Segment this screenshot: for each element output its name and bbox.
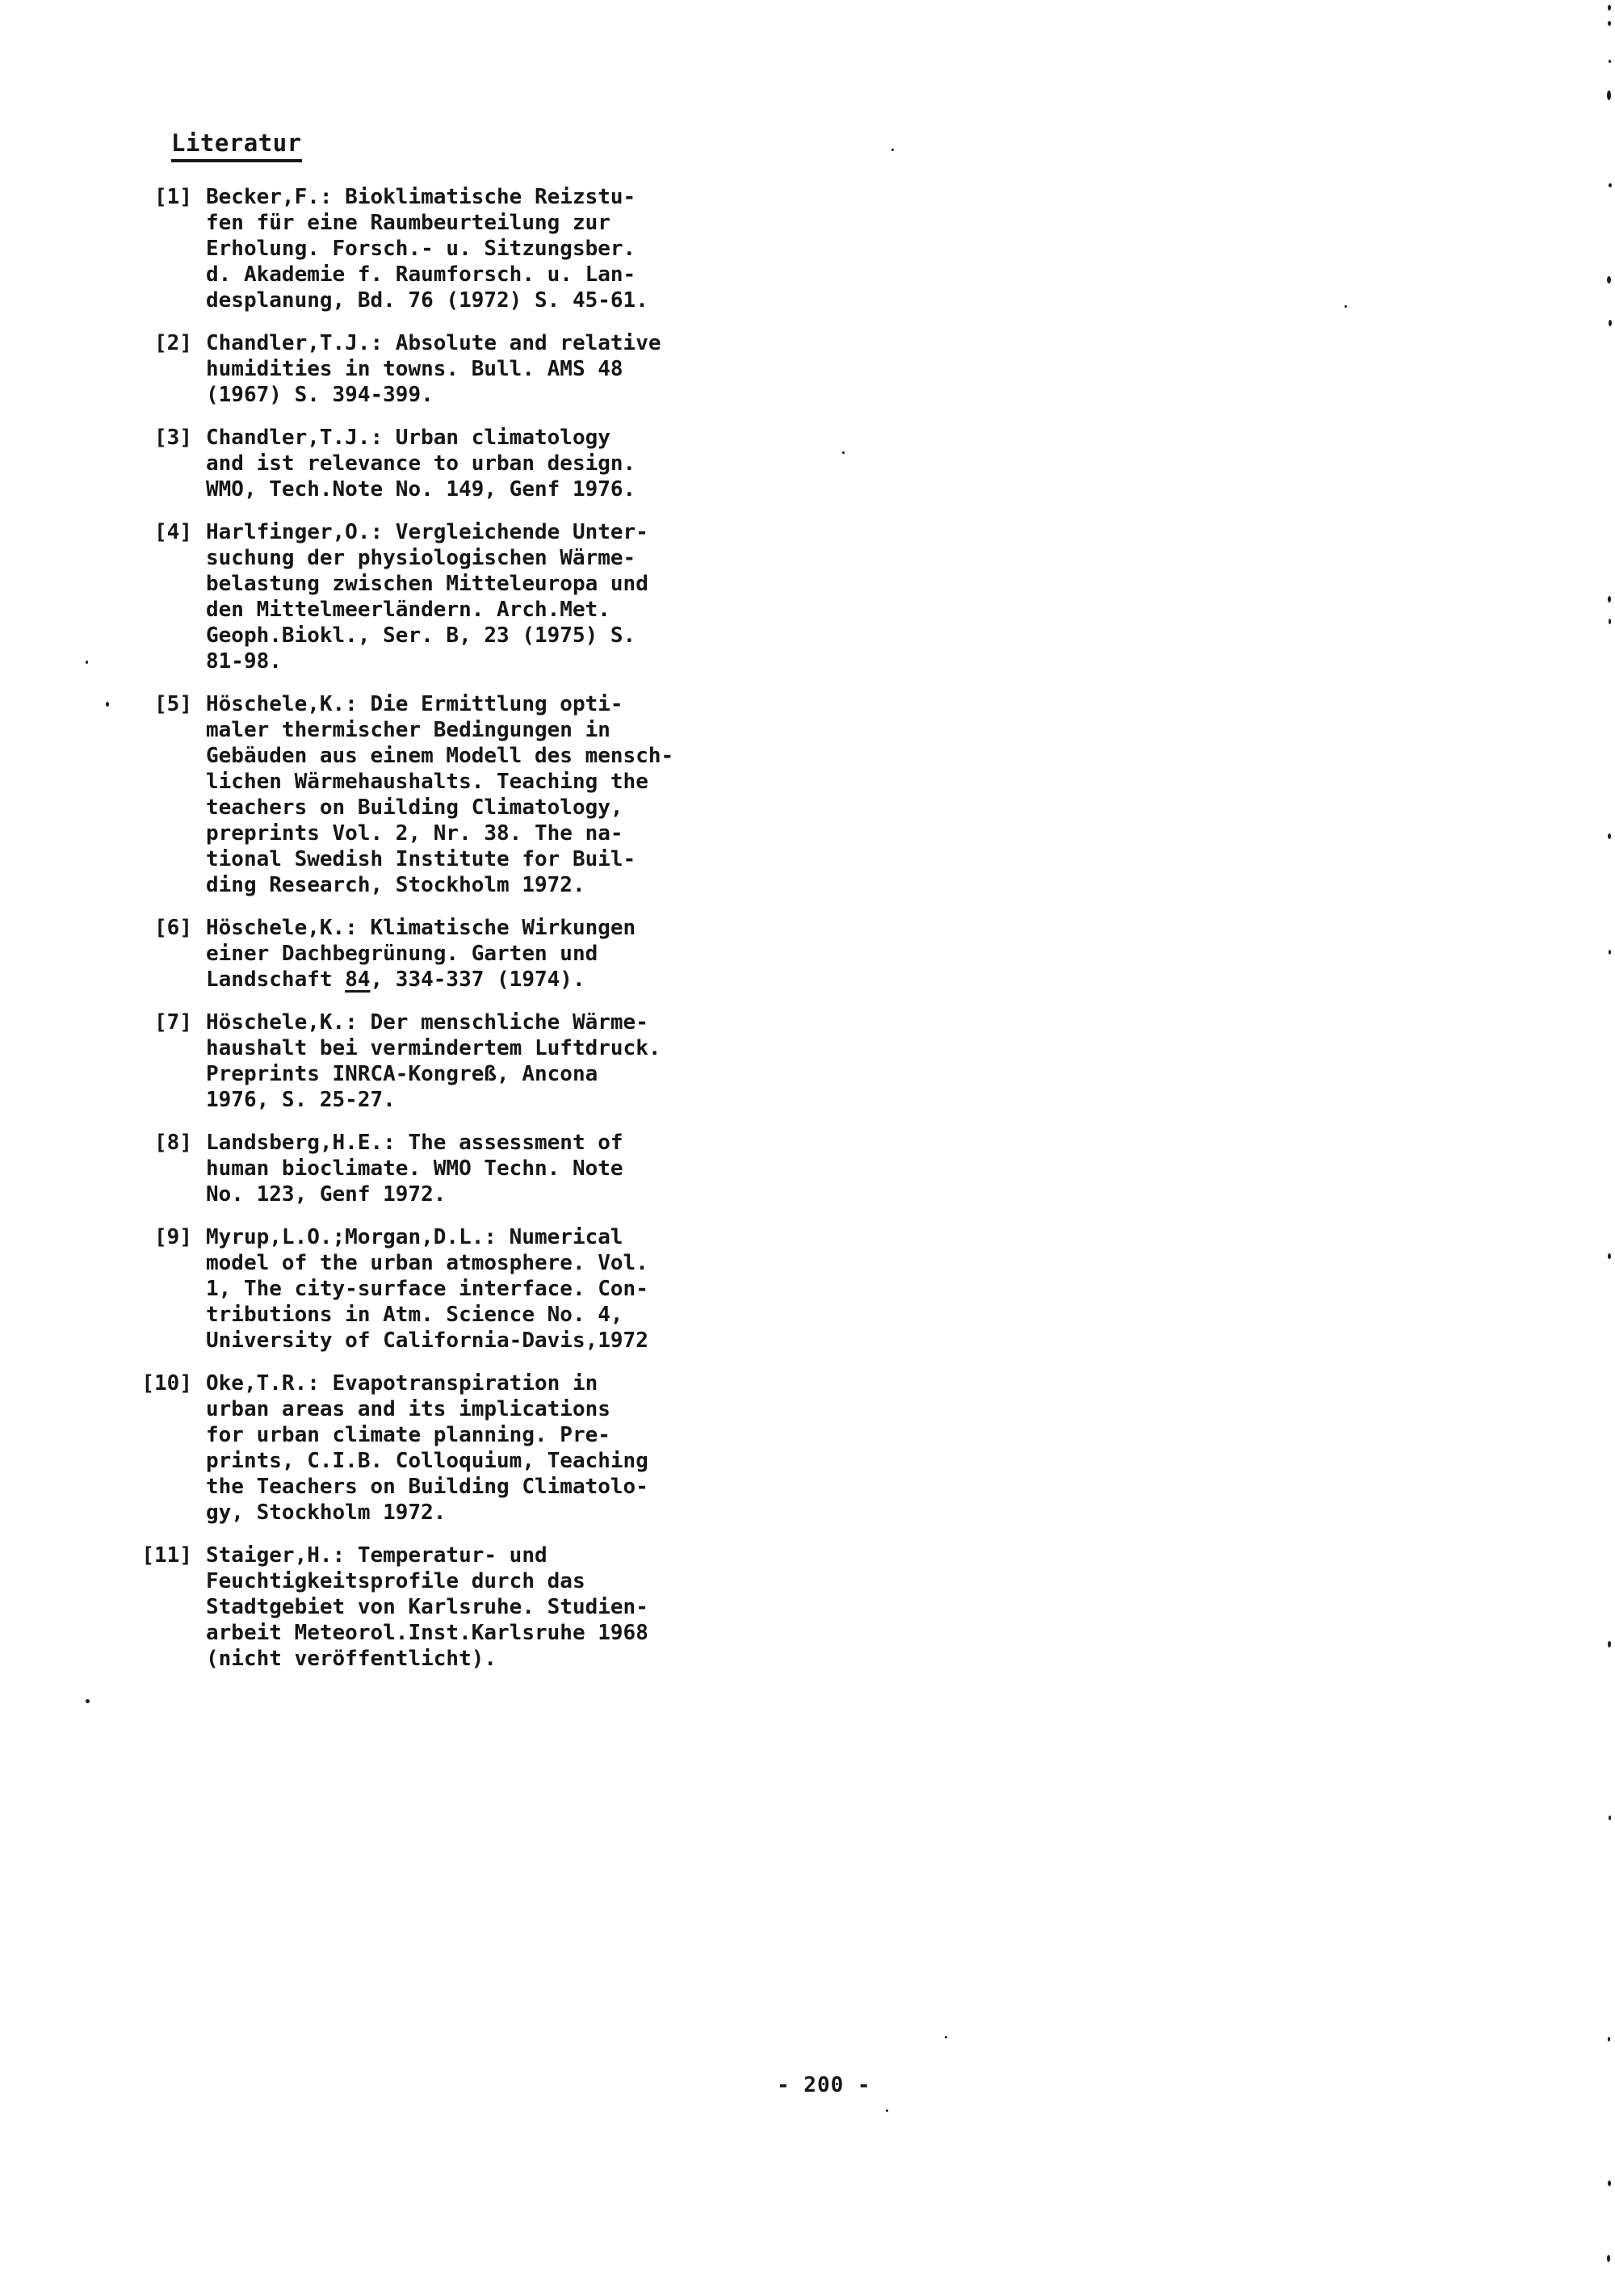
scan-speck — [1607, 90, 1611, 100]
scan-speck — [86, 1699, 90, 1703]
reference-text: Höschele,K.: Der menschliche Wärme-haush… — [206, 1009, 661, 1113]
reference-label: [4] — [139, 519, 192, 674]
reference-item: [11]Staiger,H.: Temperatur- undFeuchtigk… — [139, 1543, 914, 1672]
page-number: - 200 - — [777, 2072, 871, 2098]
reference-label: [5] — [139, 691, 192, 898]
reference-text: Becker,F.: Bioklimatische Reizstu-fen fü… — [206, 184, 648, 313]
reference-label: [11] — [139, 1543, 192, 1672]
reference-label: [7] — [139, 1009, 192, 1113]
reference-text: Chandler,T.J.: Urban climatologyand ist … — [206, 425, 636, 502]
reference-label: [10] — [139, 1370, 192, 1526]
reference-text: Staiger,H.: Temperatur- undFeuchtigkeits… — [206, 1543, 648, 1672]
reference-label: [2] — [139, 330, 192, 408]
scan-speck — [86, 661, 88, 664]
reference-label: [9] — [139, 1224, 192, 1354]
scan-speck — [945, 2036, 947, 2038]
scan-speck — [1608, 1641, 1611, 1647]
reference-item: [3]Chandler,T.J.: Urban climatologyand i… — [139, 425, 914, 502]
page-title: Literatur — [171, 129, 302, 162]
scan-speck — [1609, 320, 1612, 326]
scan-speck — [1608, 5, 1611, 10]
scan-speck — [1607, 276, 1611, 283]
reference-label: [3] — [139, 425, 192, 502]
reference-item: [7]Höschele,K.: Der menschliche Wärme-ha… — [139, 1009, 914, 1113]
reference-text: Oke,T.R.: Evapotranspiration inurban are… — [206, 1370, 648, 1526]
scan-speck — [1344, 305, 1347, 308]
reference-text: Landsberg,H.E.: The assessment ofhuman b… — [206, 1130, 623, 1207]
reference-item: [8]Landsberg,H.E.: The assessment ofhuma… — [139, 1130, 914, 1207]
reference-text: Höschele,K.: Klimatische Wirkungeneiner … — [206, 915, 636, 993]
scan-speck — [1609, 60, 1611, 63]
scan-speck — [1609, 619, 1611, 624]
scan-speck — [1609, 950, 1611, 955]
scan-speck — [842, 451, 845, 454]
reference-item: [2]Chandler,T.J.: Absolute and relativeh… — [139, 330, 914, 408]
reference-item: [1]Becker,F.: Bioklimatische Reizstu-fen… — [139, 184, 914, 313]
scan-speck — [1608, 2037, 1610, 2042]
scan-speck — [1608, 2181, 1611, 2186]
reference-text: Chandler,T.J.: Absolute and relativehumi… — [206, 330, 661, 408]
scan-speck — [106, 702, 109, 707]
reference-item: [9]Myrup,L.O.;Morgan,D.L.: Numericalmode… — [139, 1224, 914, 1354]
reference-item: [4]Harlfinger,O.: Vergleichende Unter-su… — [139, 519, 914, 674]
scan-speck — [1608, 1253, 1611, 1259]
scan-speck — [1608, 21, 1611, 26]
reference-text: Myrup,L.O.;Morgan,D.L.: Numericalmodel o… — [206, 1224, 648, 1354]
reference-text: Höschele,K.: Die Ermittlung opti-maler t… — [206, 691, 673, 898]
scan-speck — [886, 2109, 888, 2112]
reference-list: [1]Becker,F.: Bioklimatische Reizstu-fen… — [139, 184, 914, 1689]
scan-speck — [1609, 183, 1612, 187]
scan-speck — [1609, 1815, 1611, 1820]
scan-speck — [1608, 833, 1611, 839]
scan-speck — [1607, 2255, 1610, 2262]
scan-speck — [891, 149, 894, 151]
reference-item: [10]Oke,T.R.: Evapotranspiration inurban… — [139, 1370, 914, 1526]
reference-label: [1] — [139, 184, 192, 313]
reference-label: [6] — [139, 915, 192, 993]
reference-label: [8] — [139, 1130, 192, 1207]
reference-item: [5]Höschele,K.: Die Ermittlung opti-male… — [139, 691, 914, 898]
reference-item: [6]Höschele,K.: Klimatische Wirkungenein… — [139, 915, 914, 993]
reference-text: Harlfinger,O.: Vergleichende Unter-suchu… — [206, 519, 648, 674]
document-page: Literatur [1]Becker,F.: Bioklimatische R… — [0, 0, 1615, 2296]
scan-speck — [1608, 596, 1611, 602]
